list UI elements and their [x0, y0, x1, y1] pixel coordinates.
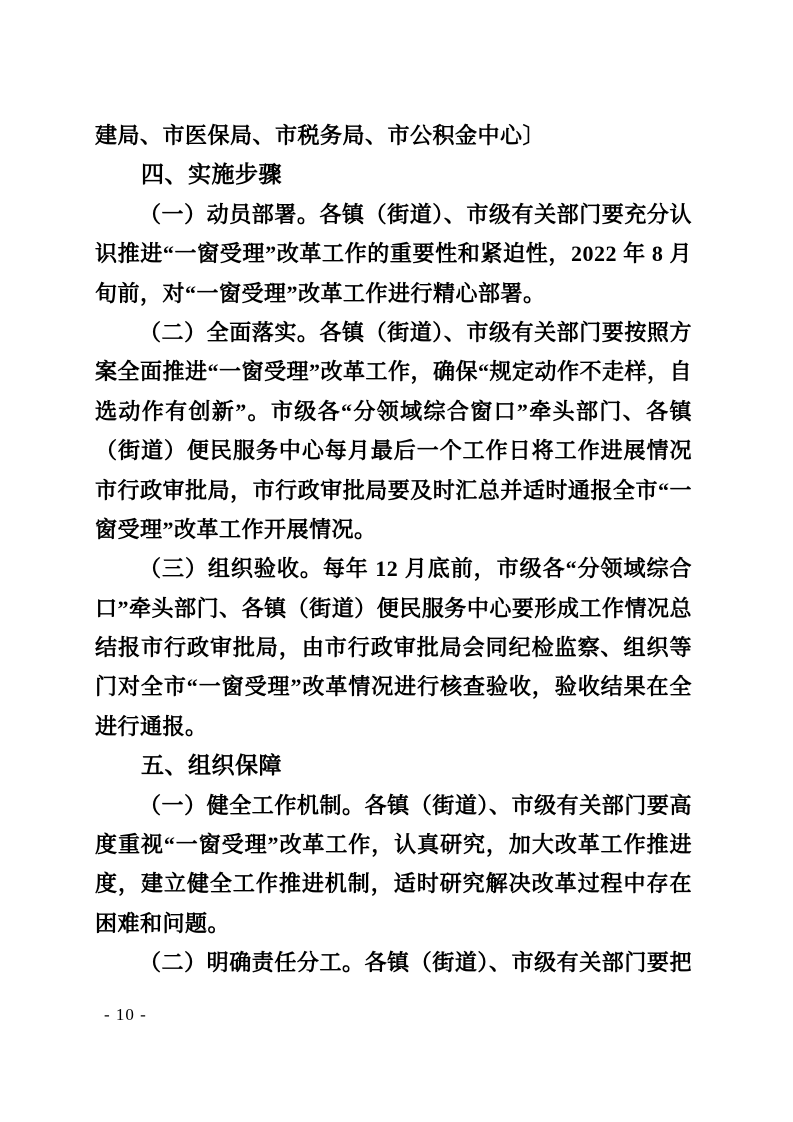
text-line: 度重视“一窗受理”改革工作，认真研究，加大改革工作推进力 [95, 825, 692, 864]
text-line: （街道）便民服务中心每月最后一个工作日将工作进展情况报 [95, 431, 692, 470]
text-line: 门对全市“一窗受理”改革情况进行核查验收，验收结果在全市 [95, 667, 692, 706]
text-line: 建局、市医保局、市税务局、市公积金中心〕 [95, 116, 692, 155]
text-line: 进行通报。 [95, 707, 692, 746]
text-line: （二）明确责任分工。各镇（街道）、市级有关部门要把 [95, 943, 692, 982]
text-line: 案全面推进“一窗受理”改革工作，确保“规定动作不走样，自 [95, 352, 692, 391]
text-line: 识推进“一窗受理”改革工作的重要性和紧迫性，2022 年 8 月中 [95, 234, 692, 273]
text-line: （一）动员部署。各镇（街道）、市级有关部门要充分认 [95, 195, 692, 234]
document-body: 建局、市医保局、市税务局、市公积金中心〕四、实施步骤（一）动员部署。各镇（街道）… [95, 116, 692, 983]
text-line: 选动作有创新”。市级各“分领域综合窗口”牵头部门、各镇 [95, 392, 692, 431]
page-number: - 10 - [104, 1003, 147, 1027]
text-line: （二）全面落实。各镇（街道）、市级有关部门要按照方 [95, 313, 692, 352]
section-heading: 四、实施步骤 [95, 155, 692, 194]
text-line: 困难和问题。 [95, 904, 692, 943]
document-page: 建局、市医保局、市税务局、市公积金中心〕四、实施步骤（一）动员部署。各镇（街道）… [0, 0, 793, 1122]
text-line: 旬前，对“一窗受理”改革工作进行精心部署。 [95, 274, 692, 313]
text-line: 口”牵头部门、各镇（街道）便民服务中心要形成工作情况总 [95, 589, 692, 628]
text-line: 度，建立健全工作推进机制，适时研究解决改革过程中存在的 [95, 864, 692, 903]
text-line: 市行政审批局，市行政审批局要及时汇总并适时通报全市“一 [95, 471, 692, 510]
section-heading: 五、组织保障 [95, 746, 692, 785]
text-line: （三）组织验收。每年 12 月底前，市级各“分领域综合窗 [95, 549, 692, 588]
text-line: （一）健全工作机制。各镇（街道）、市级有关部门要高 [95, 786, 692, 825]
text-line: 窗受理”改革工作开展情况。 [95, 510, 692, 549]
text-line: 结报市行政审批局，由市行政审批局会同纪检监察、组织等部 [95, 628, 692, 667]
